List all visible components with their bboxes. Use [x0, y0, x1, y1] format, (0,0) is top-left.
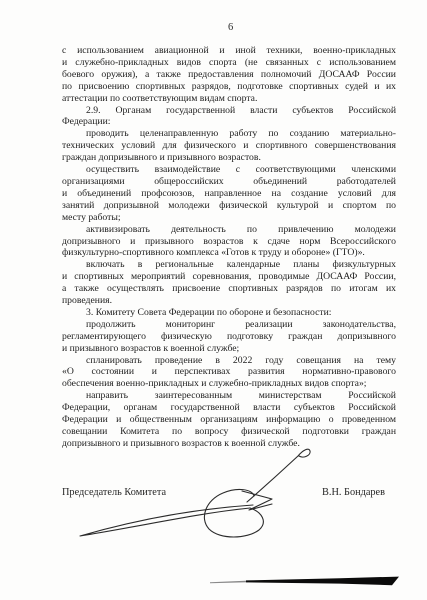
- text-line: Федерации:: [62, 116, 396, 128]
- text-line: аттестации по соответствующим видам спор…: [62, 93, 396, 105]
- text-line: активизировать деятельность по привлечен…: [62, 224, 396, 236]
- text-line: месту работы;: [62, 212, 396, 224]
- text-line: технических условий для физического и сп…: [62, 140, 396, 152]
- text-line: и служебно-прикладных видов спорта (не с…: [62, 57, 396, 69]
- page-number: 6: [228, 22, 233, 33]
- text-line: и призывного возрастов к военной службе;: [62, 343, 396, 355]
- text-line: и объединений профсоюзов, направленное н…: [62, 188, 396, 200]
- text-line: продолжить мониторинг реализации законод…: [62, 319, 396, 331]
- text-line: регламентирующего физическую подготовку …: [62, 331, 396, 343]
- signature-title: Председатель Комитета: [62, 487, 166, 498]
- text-line: и спортивных мероприятий соревнования, п…: [62, 271, 396, 283]
- text-line: 3. Комитету Совета Федерации по обороне …: [62, 307, 396, 319]
- text-line: допризывного и призывного возрастов к сд…: [62, 236, 396, 248]
- document-page: 6 с использованием авиационной и иной те…: [0, 0, 427, 600]
- document-body: с использованием авиационной и иной техн…: [62, 45, 396, 450]
- text-line: осуществить взаимодействие с соответству…: [62, 164, 396, 176]
- text-line: по присвоению спортивных разрядов, подго…: [62, 81, 396, 93]
- text-line: а также осуществлять присвоение спортивн…: [62, 283, 396, 295]
- scan-artifact-bar: [210, 577, 399, 586]
- signatory-name: В.Н. Бондарев: [322, 487, 385, 498]
- text-line: 2.9. Органам государственной власти субъ…: [62, 105, 396, 117]
- text-line: включать в региональные календарные план…: [62, 259, 396, 271]
- text-line: занятий допризывной молодежи физической …: [62, 200, 396, 212]
- text-line: физкультурно-спортивного комплекса «Гото…: [62, 247, 396, 259]
- text-line: спланировать проведение в 2022 году сове…: [62, 355, 396, 367]
- text-line: обеспечения военно-прикладных и служебно…: [62, 378, 396, 390]
- text-line: организациями общероссийских объединений…: [62, 176, 396, 188]
- text-line: граждан допризывного и призывного возрас…: [62, 152, 396, 164]
- text-line: боевого оружия), а также предоставления …: [62, 69, 396, 81]
- text-line: Федерации и общественным организациям ин…: [62, 414, 396, 426]
- text-line: проводить целенаправленную работу по соз…: [62, 128, 396, 140]
- text-line: с использованием авиационной и иной техн…: [62, 45, 396, 57]
- text-line: допризывного и призывного возрастов к во…: [62, 438, 396, 450]
- text-line: Федерации, органам государственной власт…: [62, 402, 396, 414]
- text-line: «О состоянии и перспективах развития нор…: [62, 366, 396, 378]
- text-line: направить заинтересованным министерствам…: [62, 390, 396, 402]
- text-line: совещании Комитета по вопросу физической…: [62, 426, 396, 438]
- text-line: проведения.: [62, 295, 396, 307]
